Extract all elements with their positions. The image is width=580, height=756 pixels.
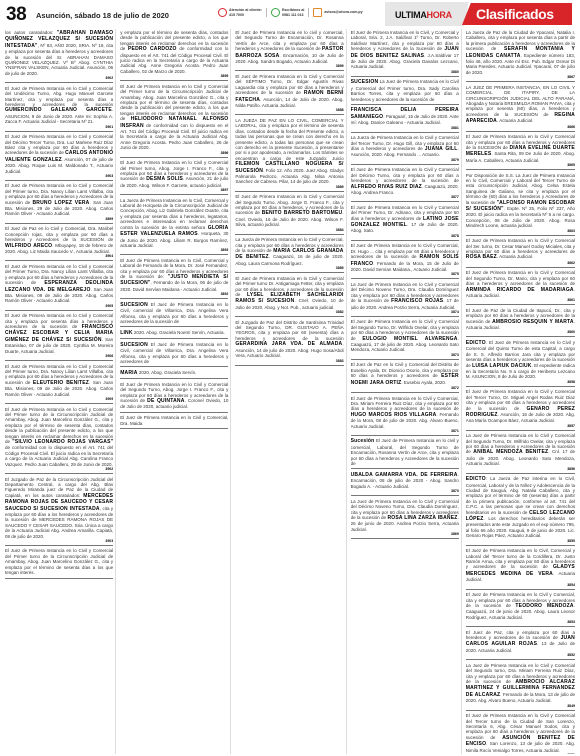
classified-ad: El Juez de Primera Instancia en lo Civil… bbox=[351, 29, 459, 77]
decedent-name: UBALDA GAMARRA VDA. DE FERREIRA bbox=[351, 472, 458, 478]
ad-code: 3905 bbox=[5, 304, 113, 308]
ad-text: El Juez de Primera Instancia en lo Civil… bbox=[5, 86, 113, 107]
decedent-name: SUCESION bbox=[351, 79, 379, 85]
decedent-name: ANIBAL MENDOZA BENITEZ bbox=[473, 449, 548, 455]
decedent-name: PEDRO CARDOZO bbox=[128, 46, 177, 52]
decedent-name: AMBROSIO RESQUIN Y MARTA bbox=[492, 319, 574, 325]
decedent-name: TEODORO MENDOZA bbox=[515, 603, 573, 609]
classified-ad: los autos caratulados: "ABRAHAN DAMASO Q… bbox=[5, 29, 113, 83]
ad-code: 3852 bbox=[466, 653, 575, 657]
whatsapp-icon bbox=[271, 8, 280, 17]
ad-text: 2020. Abog. Graciela Noemí Servín, Actua… bbox=[133, 330, 225, 335]
classified-ad: El Juez de Paz en lo Civil y Comercial, … bbox=[5, 225, 113, 261]
contact-phone[interactable]: Atención al cliente:415 7000 bbox=[218, 8, 267, 17]
decedent-name: EULOGIO MONTIEL ALVARENGA bbox=[362, 336, 457, 342]
ad-text: los autos caratulados: bbox=[5, 30, 57, 35]
classified-ad: El Juez de Primera Instancia en lo Civil… bbox=[235, 193, 343, 234]
classified-ad: El Juez de Primera Instancia en lo Civil… bbox=[351, 166, 459, 202]
decedent-name: Sucesión bbox=[351, 438, 375, 444]
ad-text: de conformidad con lo dispuesto en el Ar… bbox=[5, 445, 113, 466]
classified-ad: El Juez de Primera Instancia en lo Civil… bbox=[5, 406, 113, 474]
decedent-name: ALFREDO RIVAS RUIZ DIAZ bbox=[351, 184, 422, 190]
mail-icon bbox=[313, 8, 322, 17]
ad-code: 3882 bbox=[235, 310, 343, 314]
ad-code: 3871 bbox=[351, 429, 459, 433]
classified-ad: La Jueza de Paz de la Ciudad de Ypacaraí… bbox=[466, 29, 575, 82]
classified-ad: El Juez de Primera Instancia en lo Civil… bbox=[120, 381, 228, 413]
decedent-name: HUGO MARCOS RIOS VILLAGRA bbox=[351, 412, 437, 418]
contact-value: avisos@uhora.com.py bbox=[324, 10, 362, 14]
classified-ad: La Juez de Primera Instancia en lo Civil… bbox=[466, 662, 575, 711]
classified-ad: El Juez de Primera Instancia en lo Civil… bbox=[120, 414, 228, 429]
classified-ad: La Jueza de Primera Instancia en lo Civi… bbox=[235, 236, 343, 273]
column-1: los autos caratulados: "ABRAHAN DAMASO Q… bbox=[5, 29, 116, 754]
ad-text: . Eusebio Ayala, 2020. bbox=[401, 380, 446, 385]
decedent-name: WILFRIDO ARECO bbox=[5, 243, 52, 249]
classified-ad: El Juez de Paz, cita y emplaza por 60 dí… bbox=[466, 629, 575, 661]
classified-ad: El Juez de Primera Instancia en lo Civil… bbox=[235, 73, 343, 115]
ad-code: 3873 bbox=[351, 353, 459, 357]
contact-value: 415 7000 bbox=[229, 13, 244, 17]
ad-code: 3867 bbox=[466, 75, 575, 79]
phone-icon bbox=[218, 8, 227, 17]
ad-text: . Actuaria Judicial. bbox=[497, 118, 533, 123]
ad-code: 3901 bbox=[5, 125, 113, 129]
ad-code: 3895 bbox=[120, 74, 228, 78]
ad-code: 3899 bbox=[5, 217, 113, 221]
classified-ad: El Juez de Paz en lo Civil y Comercial d… bbox=[351, 361, 459, 393]
classifieds-columns: los autos caratulados: "ABRAHAN DAMASO Q… bbox=[5, 29, 577, 754]
classified-ad: MARIA 2020. Abog. Graciela Servín. bbox=[120, 369, 228, 379]
decedent-name: DE QUINTANA bbox=[147, 398, 184, 404]
ad-code: 3897 bbox=[120, 188, 228, 192]
classified-ad: El Juez de Primera Instancia en lo Civil… bbox=[466, 388, 575, 430]
ad-code: 3862 bbox=[466, 261, 575, 265]
decedent-name: BENITO BARRETO BARTOMEU bbox=[262, 210, 343, 216]
classified-ad: La Jueza de Primera Instancia en lo Civi… bbox=[120, 197, 228, 256]
ad-code: 3888 bbox=[235, 108, 343, 112]
ad-text: . Actuaria Judicial. bbox=[497, 254, 533, 259]
contact-value: 0981 111 013 bbox=[282, 13, 304, 17]
ad-code: 3896 bbox=[120, 151, 228, 155]
classified-ad: El Juez de Primera Instancia en lo Civil… bbox=[466, 591, 575, 627]
classified-ad: El Juez de Primera Instancia en lo Civil… bbox=[5, 547, 113, 578]
ad-code: 3865 bbox=[466, 163, 575, 167]
ad-code: 3902 bbox=[5, 76, 113, 80]
decedent-name: EDICTO bbox=[466, 476, 486, 482]
ad-code: 3893 bbox=[120, 248, 228, 252]
ad-code: 3861 bbox=[466, 298, 575, 302]
classified-ad: EDICTO: La Jueza de Paz interina en lo C… bbox=[466, 475, 575, 545]
ad-code: 3872 bbox=[351, 386, 459, 390]
contact-email[interactable]: avisos@uhora.com.py bbox=[313, 8, 366, 17]
page-number: 38 bbox=[6, 4, 26, 26]
ad-text: 2020. Abog. Graciela Servín. bbox=[138, 370, 197, 375]
classified-ad: La Jueza de Primera Instancia en lo Civi… bbox=[351, 134, 459, 165]
classified-ad: LA JUEZ DE PRIMERA INSTANCIA, EN LO CIVI… bbox=[466, 84, 575, 132]
ad-text: El Juez de Paz en lo Civil y Comercial, … bbox=[5, 226, 113, 242]
classified-ad: SUCESION El Juez de Primera Instancia en… bbox=[120, 341, 228, 368]
classified-ad: Sucesión El Juez de Primera Instancia en… bbox=[351, 437, 459, 469]
classified-ad: La Juez de Primera Instancia en lo Civil… bbox=[351, 281, 459, 317]
ad-text: El Juez de Primera Instancia en lo Civil… bbox=[5, 548, 113, 575]
ultimahora-logo: ULTIMAHORA bbox=[395, 10, 452, 20]
classified-ad: La Juez de Primera Instancia en lo Civil… bbox=[466, 432, 575, 473]
ad-text: El Juez de Primera Instancia en lo Civil… bbox=[351, 167, 459, 183]
column-3: El Juez de Primera Instancia en lo civil… bbox=[235, 29, 346, 754]
ad-code: 3902 bbox=[5, 467, 113, 471]
decedent-name: LINK bbox=[120, 330, 132, 336]
ad-text: El Juez de Primera Instancia en lo Civil… bbox=[120, 415, 228, 425]
ad-code: 3892 bbox=[120, 292, 228, 296]
classified-ad: El Juez de Primera Instancia en lo Civil… bbox=[120, 83, 228, 158]
ad-code: 3874 bbox=[351, 310, 459, 314]
ad-code: 3906 bbox=[5, 354, 113, 358]
ad-code: 3849 bbox=[466, 704, 575, 708]
decedent-name: GUMERCINDO GALEANO GARCETE bbox=[5, 107, 112, 113]
ad-code: 3860 bbox=[466, 330, 575, 334]
decedent-name: JUANA GILL bbox=[425, 146, 458, 152]
ad-text: El Juez de Primera Instancia en lo Civil… bbox=[351, 396, 459, 412]
classified-ad: FRANCISCA DELIA PEREIRA SAMANIEGO. Parag… bbox=[351, 106, 459, 132]
classified-ad: El Juez de Primera Instancia en lo Civil… bbox=[351, 395, 459, 436]
classified-ad: LA JUEZA DE PAZ EN LO CIVIL, COMERCIAL Y… bbox=[235, 117, 343, 192]
classified-ad: El Juez de Primera Instancia en lo Civil… bbox=[466, 269, 575, 305]
ad-code: 3850 bbox=[466, 753, 575, 754]
ad-code: 3883 bbox=[235, 359, 343, 363]
classified-ad: El Juzgado de Paz del Distrito de Santís… bbox=[235, 319, 343, 366]
ad-text: El Juez de Paz, cita y emplaza por 60 dí… bbox=[466, 630, 575, 640]
classified-ad: La Juez de Primera Instancia en lo Civil… bbox=[351, 498, 459, 539]
classified-ad: El Juez de Primera Instancia en lo Civil… bbox=[5, 263, 113, 311]
ad-code: 3903 bbox=[5, 539, 113, 543]
classified-ad: El Juez de Paz de la Ciudad de Itapucú, … bbox=[466, 307, 575, 338]
contact-bar: Atención al cliente:415 7000 Escribinos … bbox=[218, 8, 367, 17]
section-title: Clasificados bbox=[476, 6, 554, 22]
classified-ad: El Juez de Primera Instancia en lo Civil… bbox=[5, 363, 113, 404]
dateline: Asunción, sábado 18 de julio de 2020 bbox=[36, 11, 169, 20]
classified-ad: El Juez de Primera Instancia en lo Civil… bbox=[5, 182, 113, 223]
classified-ad: El Juez de Primera Instancia en lo Civil… bbox=[466, 133, 575, 170]
classified-ad: LINK 2020. Abog. Graciela Noemí Servín, … bbox=[120, 329, 228, 339]
classified-ad: UBALDA GAMARRA VDA. DE FERREIRA. Encarna… bbox=[351, 471, 459, 496]
column-2: y emplaza por el término de sesenta días… bbox=[120, 29, 231, 754]
classified-ad: El Juez de Primera Instancia en lo Civil… bbox=[351, 204, 459, 241]
ad-code: 3903 bbox=[5, 174, 113, 178]
column-4: El Juez de Primera Instancia en lo Civil… bbox=[351, 29, 462, 754]
ad-code: 3875 bbox=[351, 272, 459, 276]
classified-ad: El Juez de Primera Instancia en lo Civil… bbox=[466, 712, 575, 754]
classified-ad: El Juez de Primera Instancia en lo Civil… bbox=[351, 318, 459, 359]
ad-text: El Juez de Primera Instancia en lo Civil… bbox=[351, 30, 459, 51]
decedent-name: GERARDINA JARA VDA. DE ALMADA bbox=[235, 341, 342, 347]
ad-code: 3899 bbox=[235, 64, 343, 68]
ad-code: 3863 bbox=[466, 229, 575, 233]
ad-code: 3885 bbox=[235, 266, 343, 270]
decedent-name: DESMA SOLIS bbox=[146, 176, 183, 182]
ad-code: 3866 bbox=[466, 125, 575, 129]
ad-code: 3880 bbox=[351, 70, 459, 74]
decedent-name: SUCESION bbox=[120, 302, 148, 308]
classified-ad: El Juez de Primera Instancia en lo Civil… bbox=[466, 547, 575, 589]
ad-code: 3854 bbox=[466, 583, 575, 587]
classified-ad: Por Disposición de S.S. La Juez de Prime… bbox=[466, 172, 575, 236]
ad-text: . Los derechos hereditarios deberán ser … bbox=[466, 516, 575, 538]
decedent-name: SUCESION bbox=[120, 342, 148, 348]
classified-ad: El Juez de Primera Instancia en lo Civil… bbox=[120, 159, 228, 195]
decedent-name: ROSA LINA ZARZA IBAÑEZ bbox=[387, 515, 457, 521]
decedent-name: LUISA LAPIUK DACIUK bbox=[472, 363, 532, 369]
ad-code: 3877 bbox=[351, 195, 459, 199]
ad-code: 3881 bbox=[351, 126, 459, 130]
decedent-name: MARIA bbox=[120, 370, 137, 376]
classified-ad: El Juez de Primera Instancia en lo Civil… bbox=[466, 237, 575, 268]
ad-text: El Juez de Primera Instancia en lo Civil… bbox=[466, 238, 575, 254]
ad-code: 3904 bbox=[5, 254, 113, 258]
ad-text: El Juzgado de Paz del Distrito de Santís… bbox=[235, 320, 343, 341]
ad-code: 3853 bbox=[466, 620, 575, 624]
classified-ad: El Juez de Primera Instancia en lo civil… bbox=[235, 29, 343, 71]
ad-code: 3870 bbox=[351, 489, 459, 493]
ad-code: 3884 bbox=[235, 228, 343, 232]
ad-code: 3889 bbox=[235, 185, 343, 189]
ad-code: 3858 bbox=[466, 380, 575, 384]
ad-code: 3856 bbox=[466, 467, 575, 471]
column-5: La Jueza de Paz de la Ciudad de Ypacaraí… bbox=[466, 29, 577, 754]
page-header: 38 Asunción, sábado 18 de julio de 2020 … bbox=[0, 2, 580, 28]
ad-code: 3878 bbox=[351, 234, 459, 238]
decedent-name: FRANCISCO ROJAS bbox=[391, 298, 443, 304]
decedent-name: "SILVIO LEONARDO ROJAS VARGAS" bbox=[12, 439, 113, 445]
classified-ad: EDICTO. El Juez de Primera Instancia en … bbox=[466, 339, 575, 387]
classified-ad: El Juez de Primera Instancia en lo Civil… bbox=[5, 133, 113, 181]
classified-ad: y emplaza por el término de sesenta días… bbox=[120, 29, 228, 81]
classified-ad: El Juez de Primera Instancia en lo Civil… bbox=[120, 257, 228, 299]
ad-text: LA JUEZA DE PAZ EN LO CIVIL, COMERCIAL Y… bbox=[235, 118, 343, 161]
decedent-name: ROSA BAEZ bbox=[466, 254, 497, 260]
ad-code: 3869 bbox=[351, 532, 459, 536]
decedent-name: ELEUTERIO BENITEZ bbox=[33, 380, 89, 386]
ad-code: 3909 bbox=[5, 397, 113, 401]
classified-ad: SUCESION El Juez de Primera Instancia en… bbox=[120, 301, 228, 328]
classified-ad: SUCESION La Juez de Primera Instancia en… bbox=[351, 78, 459, 105]
classified-ad: El Juez de Primera Instancia en lo Civil… bbox=[5, 85, 113, 132]
classified-ad: El Juez de Primera Instancia en lo Civil… bbox=[351, 242, 459, 279]
decedent-name: EDICTO bbox=[466, 340, 486, 346]
classified-ad: El Juez de Primera Instancia en lo Civil… bbox=[235, 275, 343, 317]
ad-code: 3855 bbox=[466, 539, 575, 543]
classified-ad: El Juez de Primera Instancia en lo Civil… bbox=[5, 312, 113, 361]
classified-ad: El Juzgado de Paz de la Circunscripción … bbox=[5, 476, 113, 546]
ad-code: 3857 bbox=[466, 424, 575, 428]
decedent-name: ARMINDA RICARDO DE MADARIAGA bbox=[466, 287, 574, 293]
ad-text: El Juez de Primera Instancia en lo Civil… bbox=[466, 270, 575, 286]
decedent-name: BRUNO LOPEZ VERA bbox=[32, 200, 89, 206]
contact-whatsapp[interactable]: Escribinos al0981 111 013 bbox=[271, 8, 309, 17]
ad-code: 3879 bbox=[351, 158, 459, 162]
